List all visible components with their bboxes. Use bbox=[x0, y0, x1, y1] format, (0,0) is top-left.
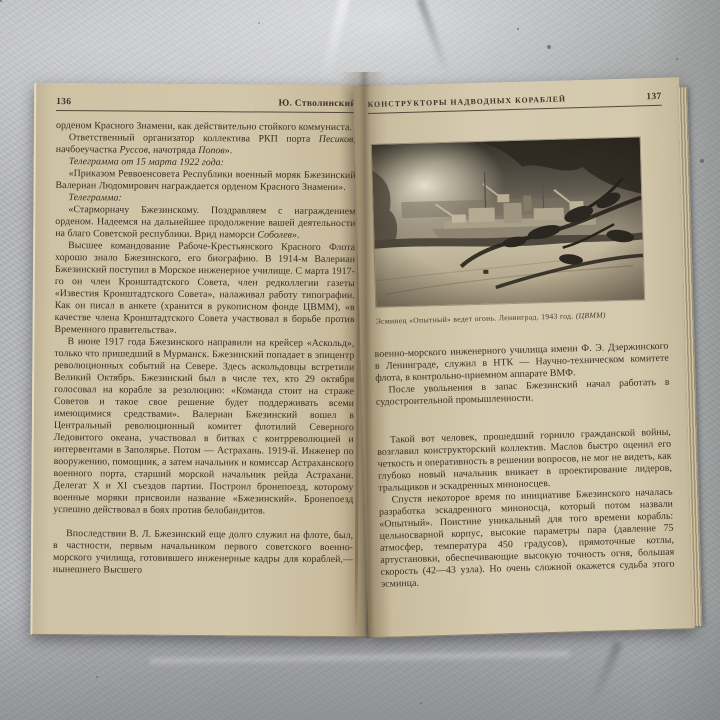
paragraph: Такой вот человек, прошедший горнило гра… bbox=[377, 426, 673, 494]
right-page-header: КОНСТРУКТОРЫ НАДВОДНЫХ КОРАБЛЕЙ 137 bbox=[367, 92, 661, 110]
left-page-header: 136 Ю. Стволинский bbox=[56, 97, 356, 109]
book-page-left: 136 Ю. Стволинский орденом Красного Знам… bbox=[30, 83, 370, 637]
open-book: 136 Ю. Стволинский орденом Красного Знам… bbox=[24, 69, 697, 643]
header-rule bbox=[56, 110, 356, 113]
fabric-specks bbox=[0, 0, 2, 2]
paragraph: Ответственный организатор коллектива РКП… bbox=[56, 132, 356, 158]
paragraph: «Старморначу Бжезинскому. Поздравляем с … bbox=[55, 204, 355, 242]
left-page-text: орденом Красного Знамени, как действител… bbox=[53, 120, 356, 578]
photo-caption: Эсминец «Опытный» ведет огонь. Ленинград… bbox=[376, 309, 668, 327]
page-number: 137 bbox=[646, 92, 661, 102]
page-number: 136 bbox=[56, 97, 71, 107]
paragraph: Эсминец «Опытный» ведет огонь. Ленинград… bbox=[376, 309, 668, 327]
ship-photo-image bbox=[372, 137, 644, 306]
book-page-right: КОНСТРУКТОРЫ НАДВОДНЫХ КОРАБЛЕЙ 137 bbox=[353, 77, 694, 638]
photo-of-open-book: 136 Ю. Стволинский орденом Красного Знам… bbox=[0, 0, 720, 720]
ship-photo bbox=[371, 136, 645, 307]
running-head-author: Ю. Стволинский bbox=[278, 99, 356, 110]
paragraph: Высшее командование Рабоче-Крестьянского… bbox=[55, 240, 356, 338]
paragraph: В июне 1917 года Бжезинского направили н… bbox=[53, 336, 354, 518]
paragraph: Впоследствии В. Л. Бжезинский еще долго … bbox=[53, 528, 353, 578]
right-page-text: военно-морского инженерного училища имен… bbox=[374, 340, 675, 590]
paragraph: «Приказом Реввоенсовета Республики военн… bbox=[56, 168, 356, 194]
running-head-title: КОНСТРУКТОРЫ НАДВОДНЫХ КОРАБЛЕЙ bbox=[367, 94, 566, 109]
paragraph: Спустя некоторое время по инициативе Бже… bbox=[379, 486, 676, 590]
